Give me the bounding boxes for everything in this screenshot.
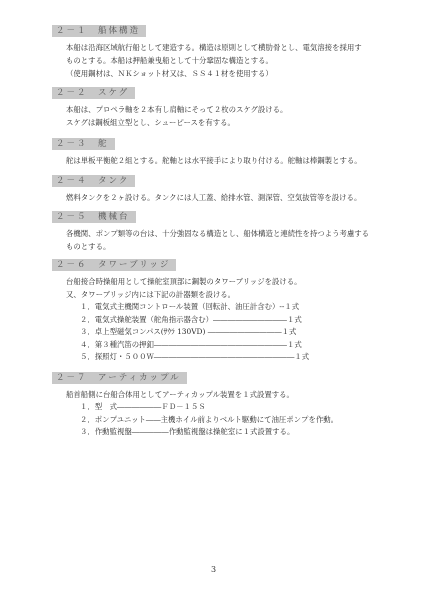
paragraph: 舵は単板平衡舵２組とする。舵軸とは水平接手により取り付ける。舵軸は棒鋼製とする。	[66, 154, 388, 167]
section-heading: ２－５ 機械台	[52, 211, 136, 223]
list-item: ２．ポンプユニット――主機ホイル前よりベルト駆動にて油圧ポンプを作動。	[80, 414, 388, 427]
section-heading: ２－４ タンク	[52, 175, 135, 187]
section-heading: ２－３ 舵	[52, 138, 115, 150]
list-item: ３．卓上型磁気コンパス(ｻｳﾗ 130VD) ――――――――――１式	[80, 326, 388, 339]
paragraph: スケグは鋼板組立型とし、シューピースを有する。	[66, 116, 388, 129]
section-heading: ２－１ 船体構造	[52, 25, 146, 37]
list-item: ３．作動監視盤―――――作動監視盤は操舵室に１式設置する。	[80, 426, 388, 439]
list-item: ５．探照灯・５００Ｗ―――――――――――――――――――１式	[80, 351, 388, 364]
section-articouple: ２－７ アーティカップル 船首船側に台船合体用としてアーティカップル装置を１式設…	[58, 365, 388, 439]
section-skeg: ２－２ スケグ 本船は、プロペラ軸を２本有し肩軸にそって２枚のスケグ設ける。 ス…	[58, 80, 388, 129]
paragraph: （使用鋼材は、ＮＫショット材又は、ＳＳ４１材を使用する）	[66, 67, 388, 80]
section-tower-bridge: ２－６ タワーブリッジ 台船接合時操船用として操舵室頂部に鋼製のタワーブリッジを…	[58, 252, 388, 364]
list-item: ２．電気式操舵装置（舵角指示器含む）――――――――――１式	[80, 314, 388, 327]
section-heading: ２－７ アーティカップル	[52, 372, 187, 384]
section-heading: ２－６ タワーブリッジ	[52, 259, 176, 271]
paragraph: 各機関、ポンプ類等の台は、十分強固なる構造とし、船体構造と連続性を持つよう考慮す…	[66, 227, 388, 240]
section-tank: ２－４ タンク 燃料タンクを２ヶ設ける。タンクには人工蓋、給排水管、測深管、空気…	[58, 168, 388, 204]
section-machinery-bed: ２－５ 機械台 各機関、ポンプ類等の台は、十分強固なる構造とし、船体構造と連続性…	[58, 204, 388, 253]
paragraph: 本船は、プロペラ軸を２本有し肩軸にそって２枚のスケグ設ける。	[66, 103, 388, 116]
paragraph: 燃料タンクを２ヶ設ける。タンクには人工蓋、給排水管、測深管、空気抜管等を設ける。	[66, 191, 388, 204]
paragraph: 又、タワーブリッジ内には下記の計器類を設ける。	[66, 288, 388, 301]
section-heading: ２－２ スケグ	[52, 87, 135, 99]
paragraph: 本船は沿海区域航行船として建造する。構造は原則として横肋骨とし、電気溶接を採用す	[66, 41, 388, 54]
section-rudder: ２－３ 舵 舵は単板平衡舵２組とする。舵軸とは水平接手により取り付ける。舵軸は棒…	[58, 131, 388, 167]
paragraph: 船首船側に台船合体用としてアーティカップル装置を１式設置する。	[66, 388, 388, 401]
page-number: 3	[211, 565, 216, 574]
list-item: ４．第３種汽笛の押釦――――――――――――――――――１式	[80, 339, 388, 352]
list-item: １．型 式――――――ＦＤ－１５Ｓ	[80, 401, 388, 414]
document-page: ２－１ 船体構造 本船は沿海区域航行船として建造する。構造は原則として横肋骨とし…	[0, 0, 433, 600]
section-hull-structure: ２－１ 船体構造 本船は沿海区域航行船として建造する。構造は原則として横肋骨とし…	[58, 18, 388, 80]
list-item: １．電気式主機関コントロール装置（回転計、油圧計含む）--１式	[80, 301, 388, 314]
paragraph: 台船接合時操船用として操舵室頂部に鋼製のタワーブリッジを設ける。	[66, 275, 388, 288]
paragraph: ものとする。本船は押船兼曳船として十分鞏固な構造とする。	[66, 54, 388, 67]
